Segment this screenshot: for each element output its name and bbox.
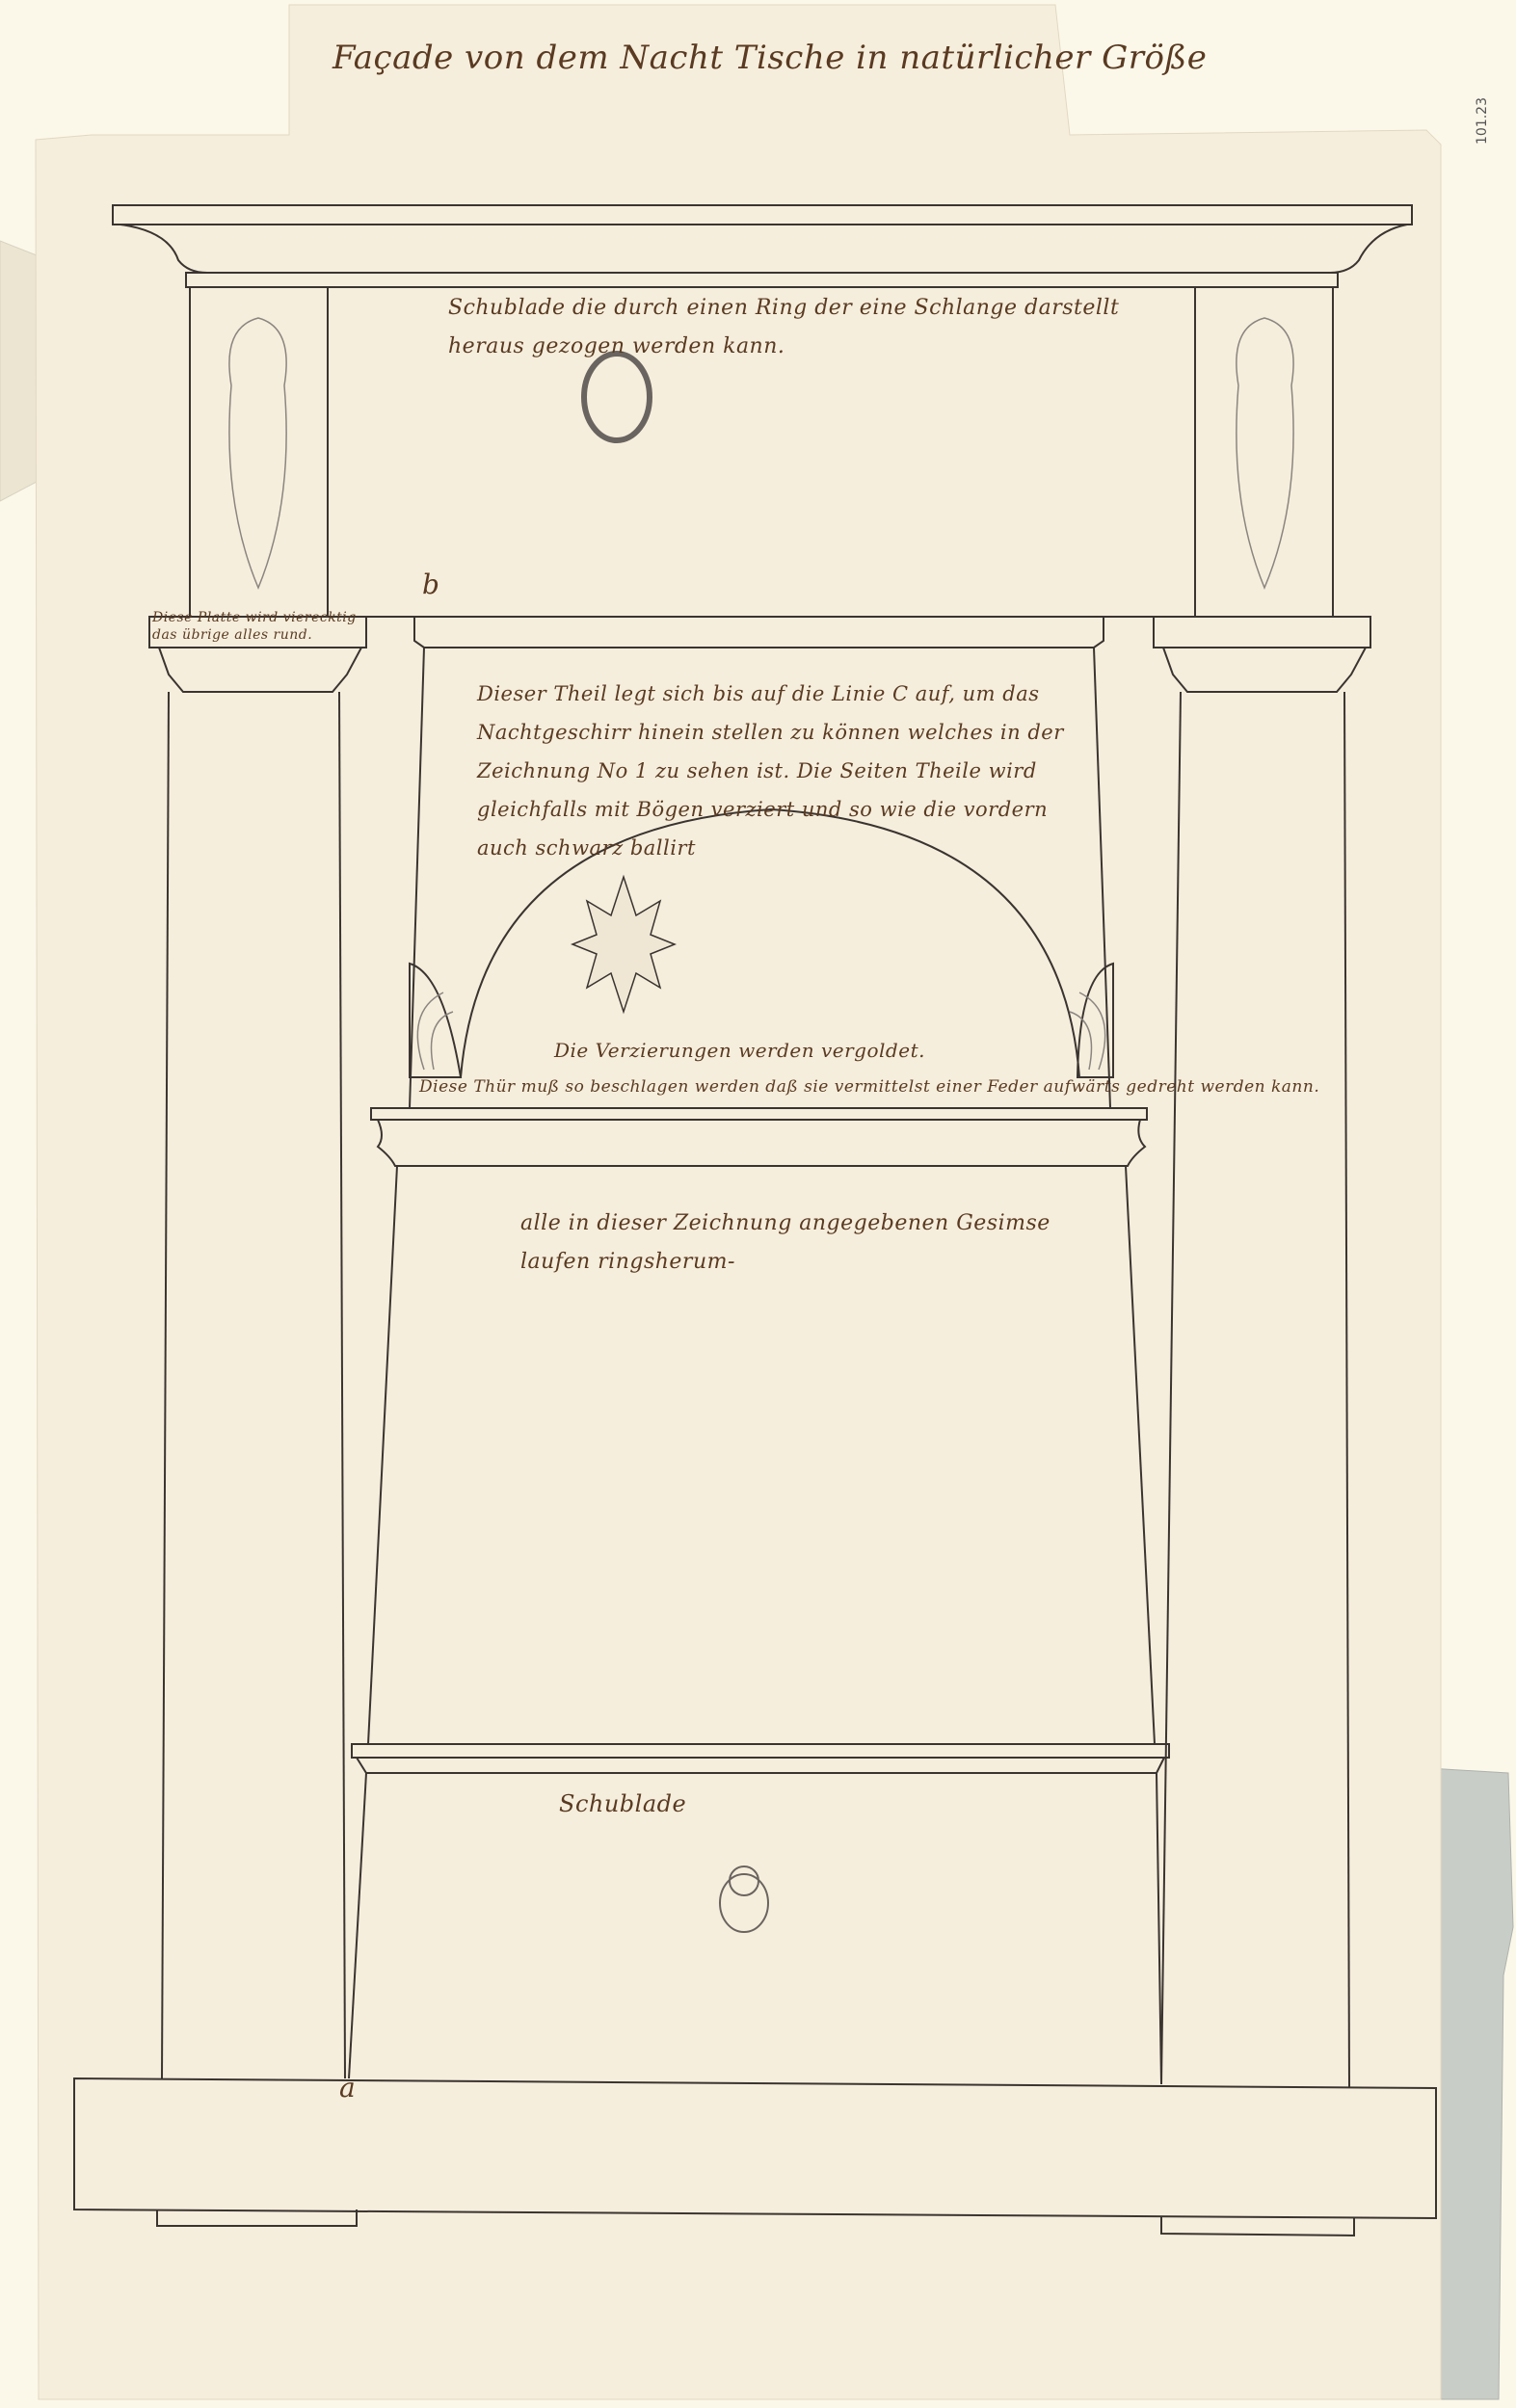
annotation-plinth: Diese Platte wird vierecktig das übrige … [152,609,364,644]
annotation-door-panel: Dieser Theil legt sich bis auf die Linie… [477,675,1075,867]
loose-sheet-left [0,241,37,501]
label-a: a [339,2072,356,2104]
annotation-lower-drawer: Schublade [559,1790,686,1817]
annotation-upper-drawer: Schublade die durch einen Ring der eine … [448,289,1190,366]
drawing-title: Façade von dem Nacht Tische in natürlich… [332,39,1207,77]
annotation-cornices: alle in dieser Zeichnung angegebenen Ges… [520,1204,1099,1282]
annotation-door-hinge: Diese Thür muß so beschlagen werden daß … [419,1077,1319,1097]
inventory-number: 101.23 [1475,97,1490,145]
label-b: b [422,569,439,600]
annotation-ornaments: Die Verzierungen werden vergoldet. [554,1039,925,1062]
